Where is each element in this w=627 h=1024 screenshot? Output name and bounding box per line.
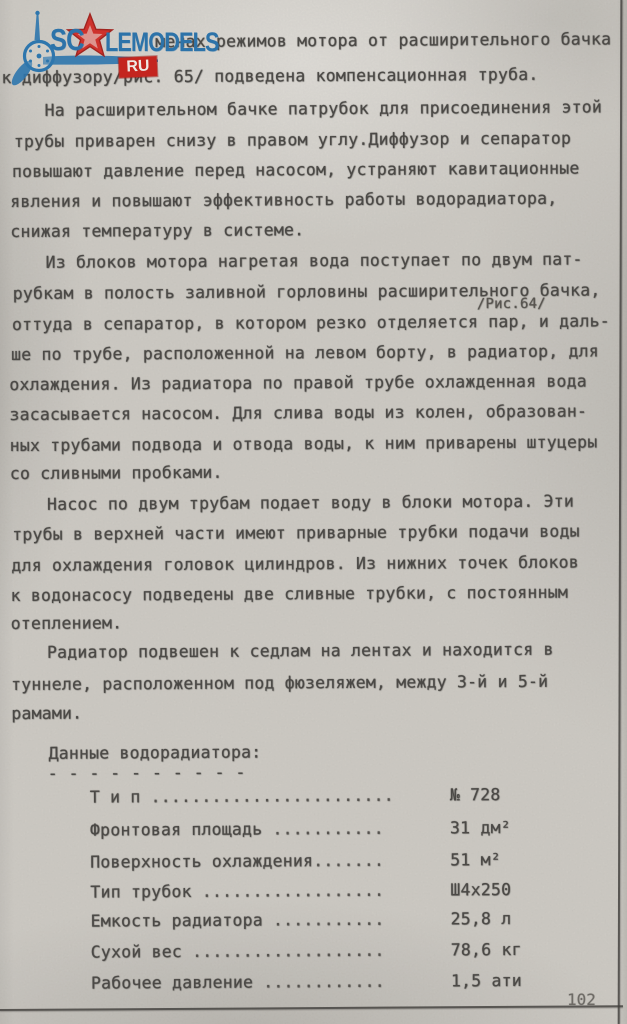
dot-leader: ........... [273,910,385,930]
typed-text-layer: /Рис.64/ Данные водорадиатора: - - - - -… [0,0,627,1024]
typed-line: Насос по двум трубам подает воду в блоки… [47,492,574,515]
spec-value: № 728 [450,785,501,805]
spec-value: 51 м² [450,850,501,870]
typed-line: для охлаждения головок цилиндров. Из ниж… [11,553,579,576]
dot-leader: ........................ [151,786,394,806]
typed-line: оттуда в сепаратор, в котором резко отде… [12,311,610,335]
typed-line: рубкам в полость заливной горловины расш… [13,280,601,304]
typed-line: ше по трубе, расположенной на левом борт… [11,341,599,365]
watermark-text-lemodels: LEMODELS [105,27,219,58]
typed-line: менах режимов мотора от расширительного … [155,29,611,52]
typed-line: рамами. [11,704,82,724]
typed-line: Из блоков мотора нагретая вода поступает… [45,250,582,273]
typed-line: охлаждения. Из радиатора по правой трубе… [9,372,587,396]
spec-label: Емкость радиатора [91,910,274,930]
spec-value: 78,6 кг [451,940,522,960]
spec-value: 1,5 ати [451,971,522,991]
scanned-document-page: /Рис.64/ Данные водорадиатора: - - - - -… [0,0,627,1024]
watermark-text-sc: SC [50,22,84,58]
spec-row: Фронтовая площадь ...........31 дм² [90,818,550,841]
dot-leader: ........... [272,819,384,839]
spec-row: Т и п ........................№ 728 [90,785,550,808]
typed-line: Радиатор подвешен к седлам на лентах и н… [47,640,554,663]
spec-label: Т и п [90,787,151,806]
typed-line: к водонасосу подведены две сливные трубк… [11,583,568,606]
spec-label: Фронтовая площадь [90,819,273,839]
typed-line: снижая температуру в системе. [10,220,304,242]
spec-row: Тип трубок ..................Ш4х250 [90,880,550,903]
typed-line: трубы в верхней части имеют приварные тр… [12,522,580,545]
typed-line: повышают давление перед насосом, устраня… [12,159,580,182]
typed-line: явления и повышают эффективность работы … [10,189,557,212]
spec-row: Емкость радиатора ...........25,8 л [91,909,551,932]
spec-row: Сухой вес ...................78,6 кг [91,940,551,963]
spec-value: 25,8 л [451,909,512,929]
section-heading-underline: - - - - - - - - - - [48,763,246,784]
spec-label: Рабочее давление [91,973,263,993]
typed-line: На расширительном бачке патрубок для при… [45,97,602,120]
spec-value: Ш4х250 [450,880,511,900]
scalemodels-watermark: SC LEMODELS RU [6,6,201,92]
dot-leader: ....... [313,851,384,870]
spec-value: 31 дм² [450,818,511,838]
dot-leader: .................. [202,881,385,901]
watermark-ru-badge: RU [119,56,158,78]
spec-label: Сухой вес [91,942,192,962]
spec-label: Тип трубок [90,882,202,902]
dot-leader: ................... [192,941,385,961]
spec-label: Поверхность охлаждения [90,851,313,871]
typed-line: отеплением. [11,613,123,634]
typed-line: со сливными пробками. [10,463,223,484]
typed-line: туннеле, расположенном под фюзеляжем, ме… [11,672,548,695]
spec-row: Рабочее давление ............1,5 ати [91,971,551,994]
spec-row: Поверхность охлаждения.......51 м² [90,850,550,873]
typed-line: трубы приварен снизу в правом углу.Диффу… [14,129,571,152]
section-heading: Данные водорадиатора: [48,743,261,764]
typed-line: ных трубами подвода и отвода воды, к ним… [10,432,598,456]
page-number: 102 [567,990,596,1009]
typed-line: засасывается насосом. Для слива воды из … [9,402,587,426]
dot-leader: ............ [263,972,385,992]
